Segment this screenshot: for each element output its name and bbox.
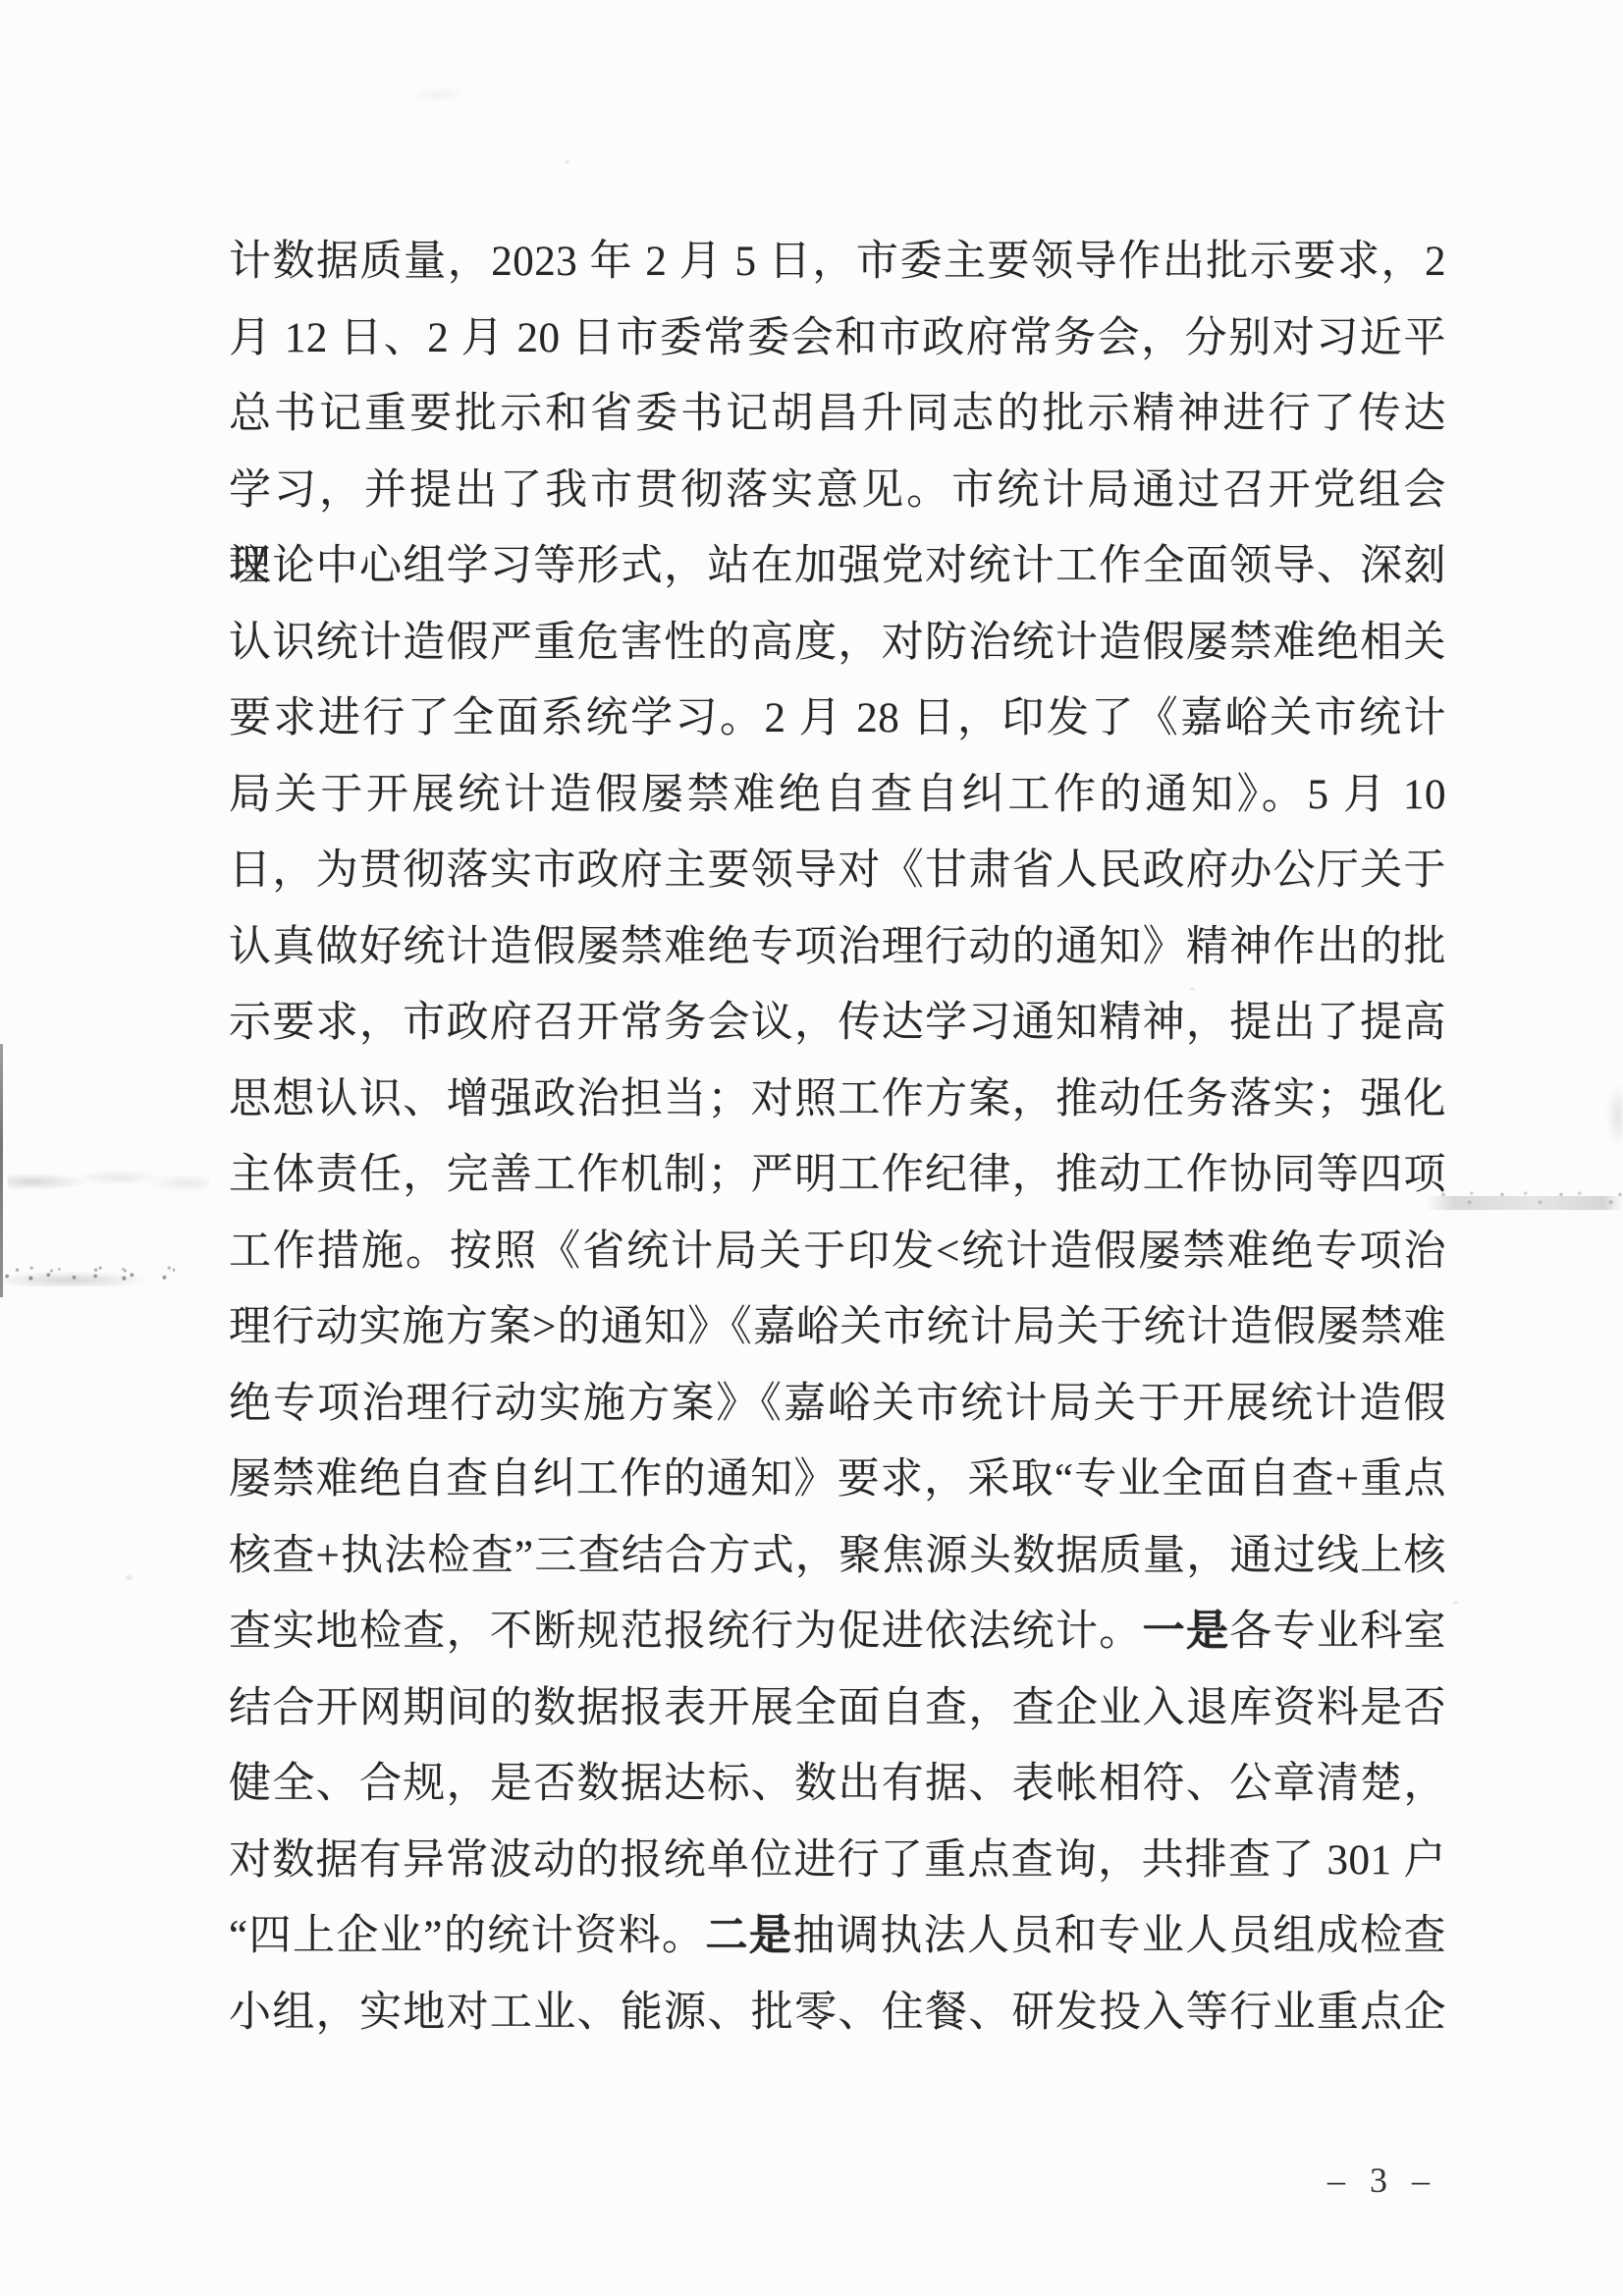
text-run: 各专业科室 [1229, 1609, 1446, 1655]
text-line: 日，为贯彻落实市政府主要领导对《甘肃省人民政府办公厅关于 [229, 833, 1446, 909]
text-run: 工作措施。按照《省统计局关于印发<统计造假屡禁难绝专项治 [229, 1229, 1446, 1275]
text-line: “四上企业”的统计资料。二是抽调执法人员和专业人员组成检查 [229, 1898, 1446, 1975]
scan-speck [126, 1575, 133, 1580]
text-line: 工作措施。按照《省统计局关于印发<统计造假屡禁难绝专项治 [229, 1214, 1446, 1290]
scan-edge-line [0, 1044, 3, 1297]
text-line: 对数据有异常波动的报统单位进行了重点查询，共排查了 301 户 [229, 1823, 1446, 1899]
text-line: 主体责任，完善工作机制；严明工作纪律，推动工作协同等四项 [229, 1137, 1446, 1214]
text-line: 结合开网期间的数据报表开展全面自查，查企业入退库资料是否 [229, 1670, 1446, 1747]
text-line: 小组，实地对工业、能源、批零、住餐、研发投入等行业重点企 [229, 1975, 1446, 2051]
scan-speckle-band-left [0, 1245, 175, 1286]
scan-mark-top [400, 82, 477, 106]
text-line: 认真做好统计造假屡禁难绝专项治理行动的通知》精神作出的批 [229, 909, 1446, 986]
text-line: 示要求，市政府召开常务会议，传达学习通知精神，提出了提高 [229, 985, 1446, 1062]
text-line: 学习，并提出了我市贯彻落实意见。市统计局通过召开党组会议、 [229, 453, 1446, 529]
text-run: 屡禁难绝自查自纠工作的通知》要求，采取“专业全面自查+重点 [229, 1456, 1446, 1503]
text-line: 认识统计造假严重危害性的高度，对防治统计造假屡禁难绝相关 [229, 605, 1446, 682]
text-line: 计数据质量，2023 年 2 月 5 日，市委主要领导作出批示要求，2 [229, 224, 1446, 301]
text-line: 核查+执法检查”三查结合方式，聚焦源头数据质量，通过线上核 [229, 1518, 1446, 1595]
text-run: 日，为贯彻落实市政府主要领导对《甘肃省人民政府办公厅关于 [229, 847, 1446, 894]
text-run: 局关于开展统计造假屡禁难绝自查自纠工作的通知》。5 月 10 [229, 772, 1446, 818]
text-run-bold: 二是 [705, 1913, 792, 1959]
text-run: 要求进行了全面系统学习。2 月 28 日，印发了《嘉峪关市统计 [229, 695, 1446, 741]
text-run: 总书记重要批示和省委书记胡昌升同志的批示精神进行了传达 [229, 391, 1446, 437]
scan-speck [565, 160, 569, 164]
text-run: “四上企业”的统计资料。 [229, 1913, 705, 1959]
text-line: 查实地检查，不断规范报统行为促进依法统计。一是各专业科室 [229, 1594, 1446, 1670]
text-run: 主体责任，完善工作机制；严明工作纪律，推动工作协同等四项 [229, 1152, 1446, 1198]
text-line: 理论中心组学习等形式，站在加强党对统计工作全面领导、深刻 [229, 528, 1446, 605]
text-line: 局关于开展统计造假屡禁难绝自查自纠工作的通知》。5 月 10 [229, 757, 1446, 834]
scan-speck [1453, 1601, 1458, 1605]
text-line: 理行动实施方案>的通知》《嘉峪关市统计局关于统计造假屡禁难 [229, 1289, 1446, 1366]
scan-smudge-left [8, 1167, 209, 1194]
text-line: 健全、合规，是否数据达标、数出有据、表帐相符、公章清楚， [229, 1746, 1446, 1823]
text-run: 绝专项治理行动实施方案》《嘉峪关市统计局关于开展统计造假 [229, 1381, 1446, 1427]
page-number: – 3 – [1306, 2159, 1453, 2202]
text-run: 对数据有异常波动的报统单位进行了重点查询，共排查了 301 户 [229, 1837, 1446, 1884]
text-run: 抽调执法人员和专业人员组成检查 [792, 1913, 1446, 1959]
text-run: 理论中心组学习等形式，站在加强党对统计工作全面领导、深刻 [229, 543, 1446, 589]
scan-streak-right [1426, 1184, 1623, 1210]
text-run: 示要求，市政府召开常务会议，传达学习通知精神，提出了提高 [229, 1000, 1446, 1046]
text-line: 屡禁难绝自查自纠工作的通知》要求，采取“专业全面自查+重点 [229, 1442, 1446, 1518]
text-line: 月 12 日、2 月 20 日市委常委会和市政府常务会，分别对习近平 [229, 301, 1446, 377]
text-run-bold: 一是 [1143, 1609, 1230, 1655]
text-line: 绝专项治理行动实施方案》《嘉峪关市统计局关于开展统计造假 [229, 1366, 1446, 1443]
text-run: 认识统计造假严重危害性的高度，对防治统计造假屡禁难绝相关 [229, 620, 1446, 666]
text-run: 认真做好统计造假屡禁难绝专项治理行动的通知》精神作出的批 [229, 924, 1446, 970]
text-line: 要求进行了全面系统学习。2 月 28 日，印发了《嘉峪关市统计 [229, 681, 1446, 757]
scan-smudge-right-edge [1600, 1072, 1623, 1159]
document-body: 计数据质量，2023 年 2 月 5 日，市委主要领导作出批示要求，2月 12 … [229, 224, 1446, 2050]
text-line: 思想认识、增强政治担当；对照工作方案，推动任务落实；强化 [229, 1062, 1446, 1138]
text-run: 小组，实地对工业、能源、批零、住餐、研发投入等行业重点企 [229, 1990, 1446, 2036]
text-line: 总书记重要批示和省委书记胡昌升同志的批示精神进行了传达 [229, 376, 1446, 453]
text-run: 结合开网期间的数据报表开展全面自查，查企业入退库资料是否 [229, 1685, 1446, 1731]
text-run: 思想认识、增强政治担当；对照工作方案，推动任务落实；强化 [229, 1076, 1446, 1122]
text-run: 健全、合规，是否数据达标、数出有据、表帐相符、公章清楚， [229, 1761, 1446, 1807]
text-run: 计数据质量，2023 年 2 月 5 日，市委主要领导作出批示要求，2 [229, 239, 1446, 285]
text-run: 理行动实施方案>的通知》《嘉峪关市统计局关于统计造假屡禁难 [229, 1304, 1446, 1350]
text-run: 月 12 日、2 月 20 日市委常委会和市政府常务会，分别对习近平 [229, 315, 1446, 361]
text-run: 核查+执法检查”三查结合方式，聚焦源头数据质量，通过线上核 [229, 1533, 1446, 1579]
text-run: 查实地检查，不断规范报统行为促进依法统计。 [229, 1609, 1143, 1655]
scanned-document-page: 计数据质量，2023 年 2 月 5 日，市委主要领导作出批示要求，2月 12 … [0, 0, 1623, 2296]
